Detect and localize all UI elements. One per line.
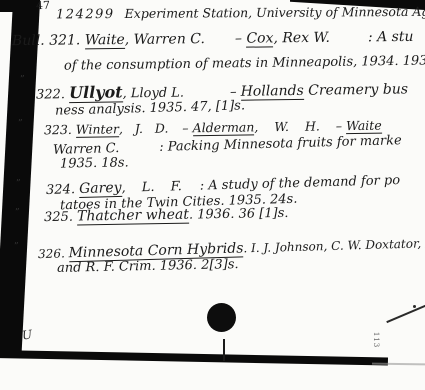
accession-number: 124299	[56, 7, 115, 22]
entry-322-title-rest: Creamery bus	[304, 81, 408, 98]
entry-321-author2-rest: , Rex W.	[273, 30, 330, 47]
scan-edge-left	[0, 0, 40, 352]
entry-323-author1: Winter	[76, 121, 119, 138]
entry-322-number: 322.	[36, 87, 69, 102]
entry-321-title-start: : A stu	[368, 29, 414, 45]
ditto-mark: ”	[14, 242, 19, 252]
entry-322-author1-rest: , Lloyd L.	[122, 86, 184, 102]
entry-323-title: : Packing Minnesota fruits for marke	[159, 133, 402, 155]
entry-326-line2: and R. F. Crim. 1936. 2[3]s.	[57, 258, 239, 276]
entry-323-author3: Waite	[346, 118, 382, 134]
corner-pencil-mark: U	[21, 327, 33, 342]
entry-324-author1-rest: , L. F.	[121, 179, 182, 196]
entry-321-series-number: Bull. 321.	[12, 32, 85, 49]
text-gap	[184, 95, 230, 97]
entry-322-title-underlined: Hollands	[241, 83, 304, 101]
sheet-number: 47	[36, 0, 50, 12]
rotated-margin-note: 113	[372, 332, 380, 348]
text-gap	[330, 40, 368, 41]
entry-321-author2: Cox	[246, 30, 273, 47]
text-gap	[205, 42, 235, 43]
institution-name: Experiment Station, University of Minnes…	[125, 4, 425, 21]
entry-325-line1: 325. Thatcher wheat. 1936. 36 [1]s.	[44, 206, 289, 226]
scanned-ledger-page: 47 124299Experiment Station, University …	[0, 0, 425, 390]
text-gap	[320, 129, 336, 130]
ditto-mark: ”	[20, 75, 25, 85]
punch-hole-tick-mark	[223, 339, 225, 361]
ditto-mark: ”	[15, 208, 20, 218]
entry-321-line1: Bull. 321. Waite, Warren C.– Cox, Rex W.…	[12, 30, 414, 50]
entry-326-number: 326.	[38, 246, 69, 261]
entry-323-line3: 1935. 18s.	[60, 156, 129, 171]
entry-323-author2-rest: , W. H.	[254, 119, 320, 135]
entry-321-dash: –	[235, 31, 247, 47]
entry-322-author1: Ullyot	[69, 82, 123, 103]
entry-325-number: 325.	[44, 210, 77, 226]
scan-edge-top-left	[0, 0, 26, 12]
entry-326-title-rest: . I. J. Johnson, C. W. Doxtator, H. K. H…	[243, 235, 425, 256]
punch-hole	[207, 303, 236, 332]
entry-323-author2: Alderman	[193, 119, 255, 136]
entry-323-author1-rest: , J. D.	[119, 121, 169, 137]
entry-323-line2: Warren C.: Packing Minnesota fruits for …	[53, 134, 402, 158]
header-line: 124299Experiment Station, University of …	[56, 5, 425, 23]
stray-pen-dot	[413, 305, 416, 308]
ditto-mark: ”	[16, 179, 21, 189]
entry-322-line2: ness analysis. 1935. 47, [1]s.	[55, 99, 245, 119]
text-gap	[168, 131, 182, 132]
entry-324-author1: Garey	[79, 180, 122, 198]
entry-323-dash1: –	[182, 120, 192, 135]
entry-325-title-rest: . 1936. 36 [1]s.	[189, 206, 289, 223]
ditto-mark: ”	[18, 119, 23, 129]
entry-323-dash2: –	[336, 118, 346, 133]
entry-324-number: 324.	[46, 182, 79, 198]
entry-321-author1-rest: , Warren C.	[125, 31, 205, 48]
text-gap	[182, 189, 200, 191]
entry-321-line2: of the consumption of meats in Minneapol…	[64, 54, 425, 74]
entry-324-title-start: : A study of the demand for po	[200, 173, 401, 194]
stray-pen-stroke	[386, 305, 425, 323]
card-bottom-edge	[0, 350, 388, 366]
entry-321-author1: Waite	[85, 32, 125, 49]
text-gap	[119, 150, 159, 152]
entry-325-title-underlined: Thatcher wheat	[77, 207, 189, 226]
entry-323-number: 323.	[44, 122, 76, 137]
